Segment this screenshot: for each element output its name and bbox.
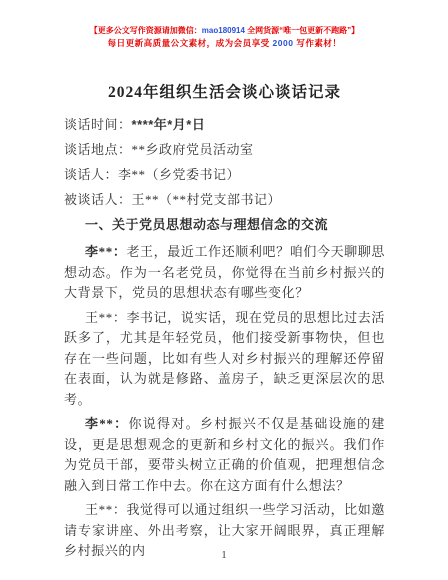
ad-count: 2000 [273, 38, 294, 48]
meta-line-time: 谈话时间：****年*月*日 [64, 112, 385, 137]
ad-text: 每日更新高质量公文素材，成为会员享受 [108, 38, 273, 48]
header-ad-line1: 【更多公文写作资源请加微信：mao180914 全网货源“唯一包更新不跑路”】 [40, 24, 409, 37]
ad-text: 【更多公文写作资源请加微信： [90, 26, 202, 35]
ad-wechat-id: mao180914 [202, 26, 245, 35]
speaker-name: 王**： [85, 502, 126, 517]
document-page: 【更多公文写作资源请加微信：mao180914 全网货源“唯一包更新不跑路”】 … [0, 0, 448, 580]
ad-text: 写作素材！ [293, 38, 341, 48]
meta-label: 谈话时间： [64, 117, 132, 132]
meta-line-interviewer: 谈话人：李**（乡党委书记） [64, 162, 385, 187]
ad-text: 全网货源“唯一包更新不跑路”】 [245, 26, 359, 35]
speaker-name: 王**： [85, 310, 126, 325]
meta-value: ****年*月*日 [132, 117, 206, 132]
speaker-name: 李**： [85, 244, 126, 259]
header-ad-line2: 每日更新高质量公文素材，成为会员享受 2000 写作素材！ [40, 37, 409, 50]
meta-block: 谈话时间：****年*月*日 谈话地点：**乡政府党员活动室 谈话人：李**（乡… [64, 112, 385, 212]
meta-line-place: 谈话地点：**乡政府党员活动室 [64, 137, 385, 162]
dialogue-paragraph: 李**：老王，最近工作还顺利吧？咱们今天聊聊思想动态。作为一名老党员，你觉得在当… [64, 242, 385, 304]
header-ad: 【更多公文写作资源请加微信：mao180914 全网货源“唯一包更新不跑路”】 … [40, 24, 409, 50]
section-heading: 一、关于党员思想动态与理想信念的交流 [64, 212, 385, 238]
meta-value: **乡政府党员活动室 [132, 142, 254, 157]
meta-label: 被谈话人： [64, 192, 132, 207]
meta-value: 李**（乡党委书记） [118, 167, 240, 182]
dialogue-paragraph: 李**：你说得对。乡村振兴不仅是基础设施的建设，更是思想观念的更新和乡村文化的振… [64, 414, 385, 496]
document-title: 2024年组织生活会谈心谈话记录 [64, 82, 385, 103]
page-number: 1 [0, 549, 448, 561]
speaker-name: 李**： [85, 416, 128, 431]
meta-label: 谈话地点： [64, 142, 132, 157]
dialogue-paragraph: 王**：李书记，说实话，现在党员的思想比过去活跃多了，尤其是年轻党员，他们接受新… [64, 308, 385, 411]
meta-label: 谈话人： [64, 167, 118, 182]
meta-line-interviewee: 被谈话人：王**（**村党支部书记） [64, 187, 385, 212]
meta-value: 王**（**村党支部书记） [132, 192, 282, 207]
